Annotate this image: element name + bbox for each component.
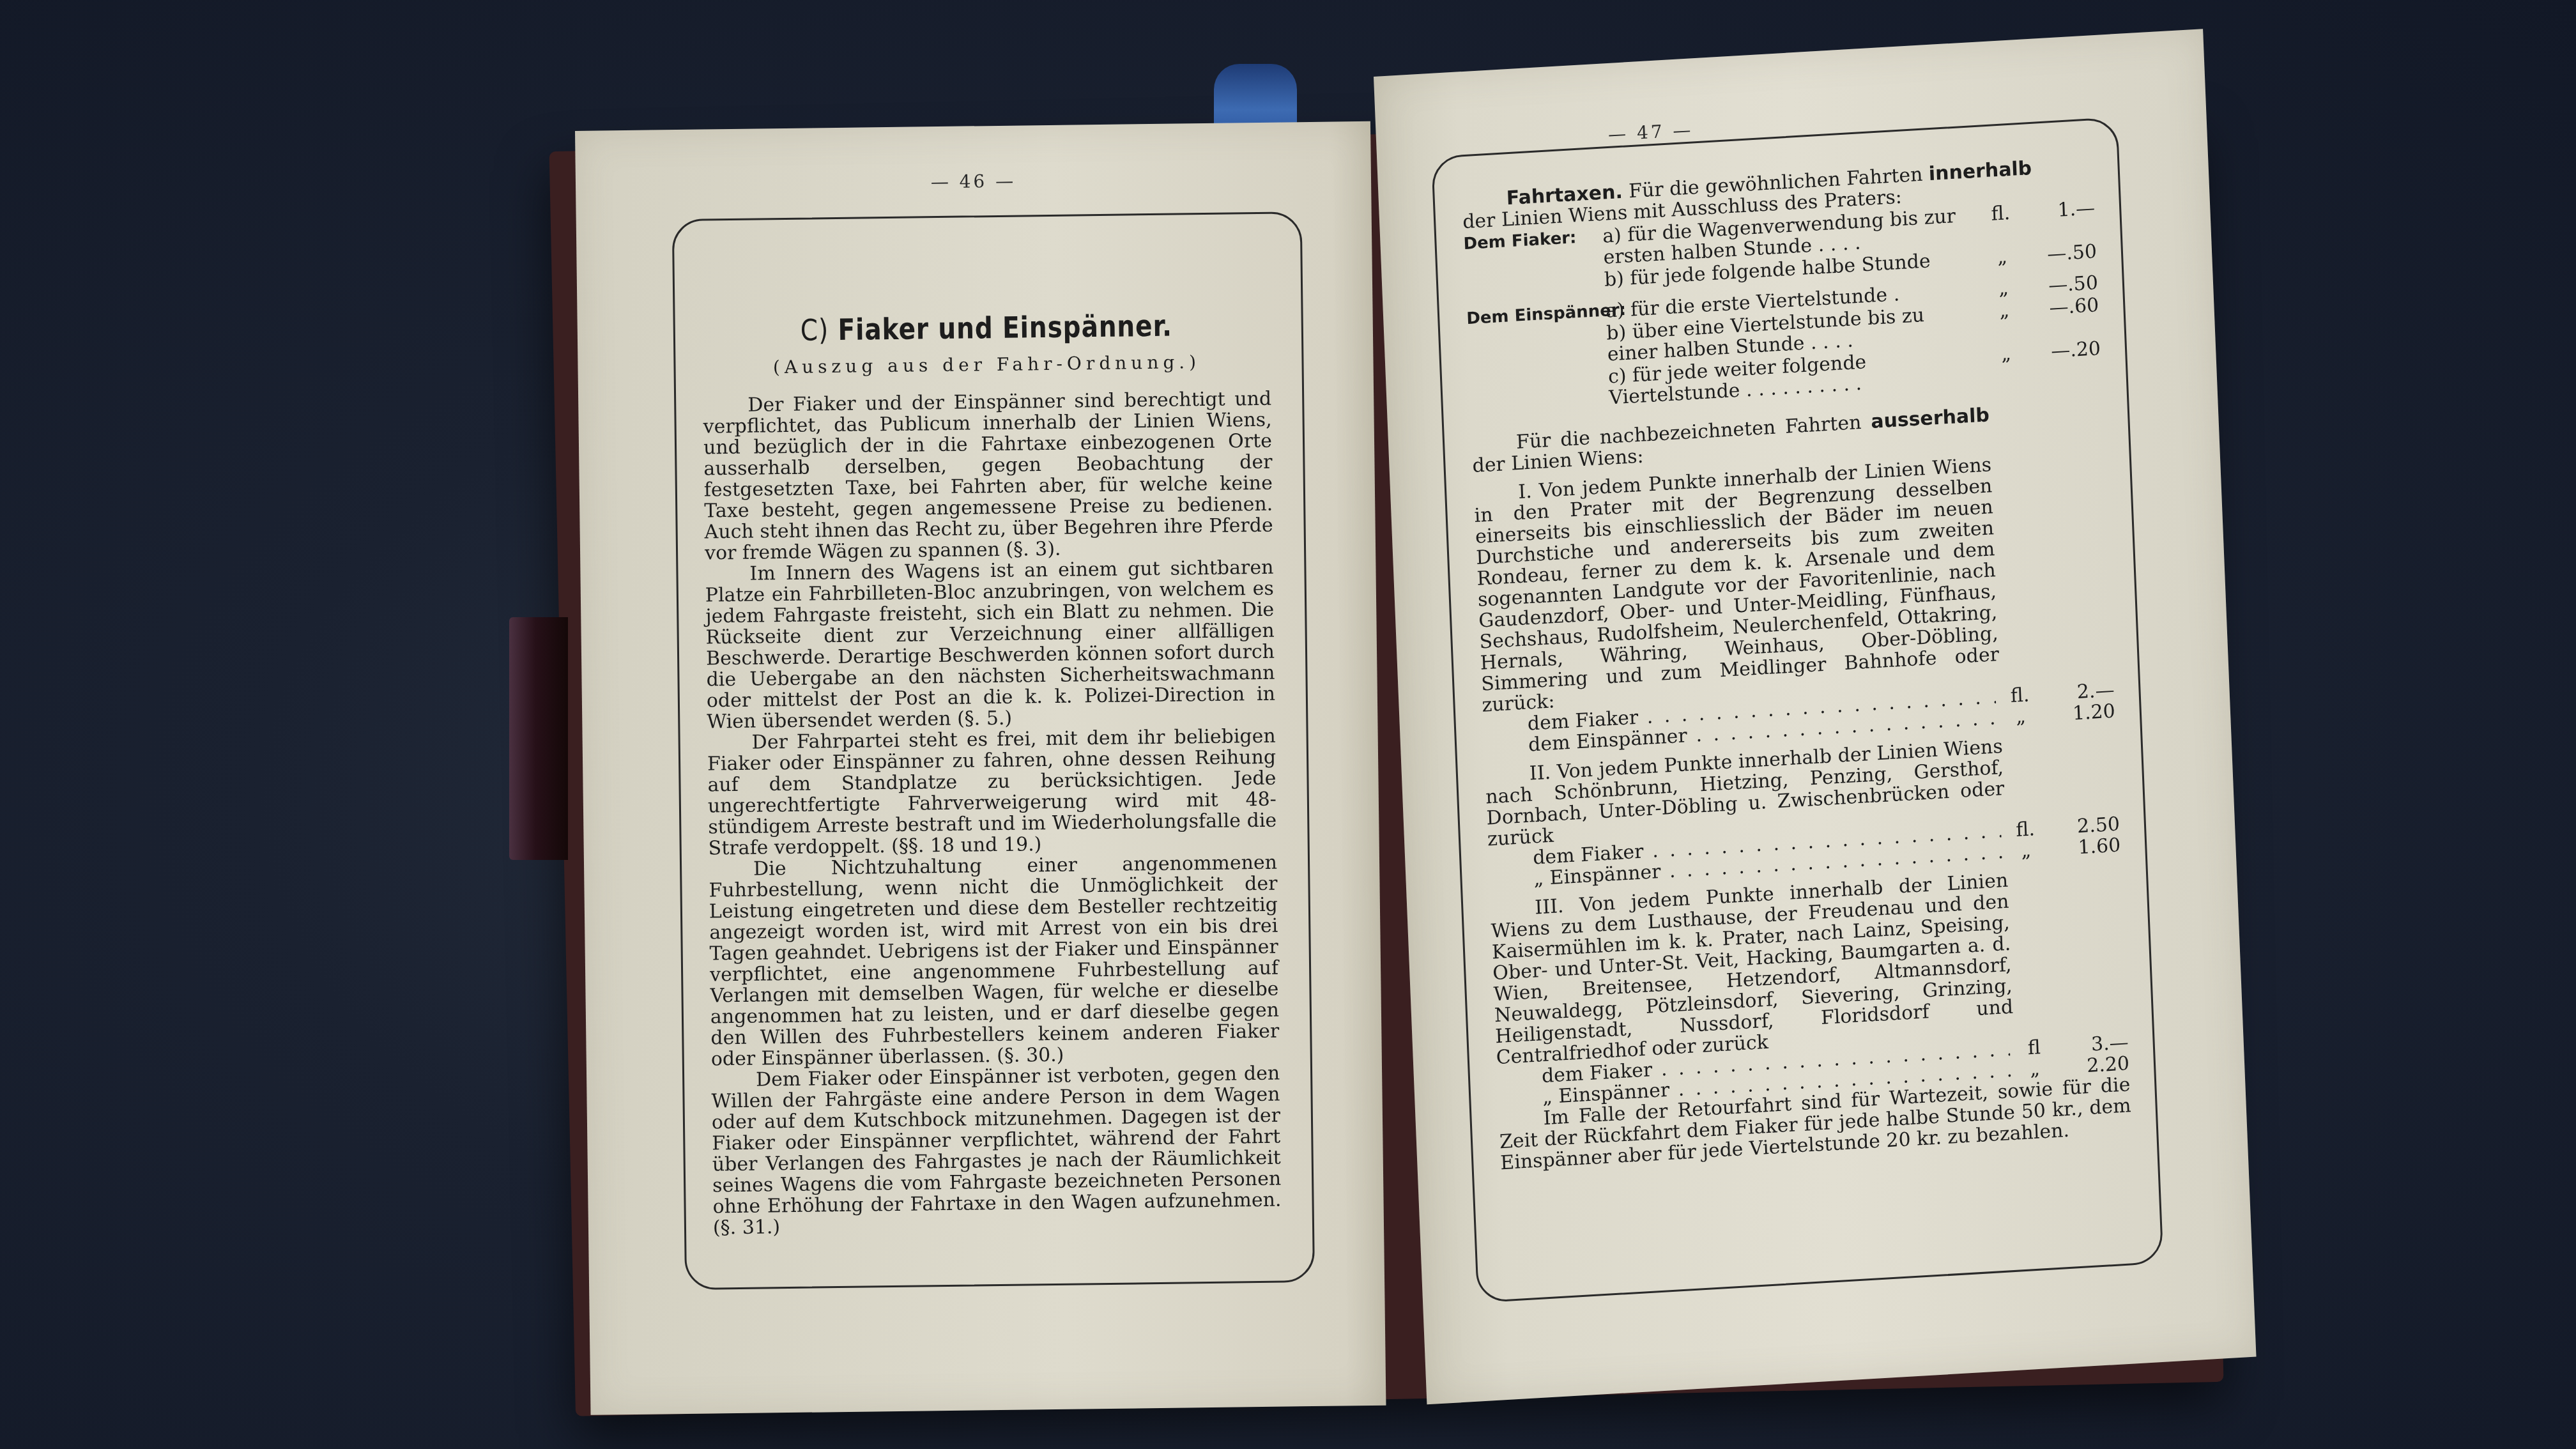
photo-scene: — 46 — C) Fiaker und Einspänner. (Auszug… xyxy=(0,0,2576,1449)
book-clasp-tab xyxy=(509,617,568,860)
right-page: — 47 — Fahrtaxen. Für die gewöhnlichen F… xyxy=(1374,29,2257,1404)
left-page-text: C) Fiaker und Einspänner. (Auszug aus de… xyxy=(702,314,1282,1239)
section-subtitle: (Auszug aus der Fahr-Ordnung.) xyxy=(702,351,1271,379)
section-title: C) Fiaker und Einspänner. xyxy=(744,315,1228,342)
paragraph: Im Innern des Wagens ist an einem gut si… xyxy=(705,557,1275,733)
right-page-text: Fahrtaxen. Für die gewöhnlichen Fahrten … xyxy=(1460,137,2132,1174)
paragraph: Der Fahrpartei steht es frei, mit dem ih… xyxy=(707,726,1277,859)
section-title-text: Fiaker und Einspänner. xyxy=(838,309,1172,347)
page-number: — 46 — xyxy=(576,166,1371,197)
paragraph: Dem Fiaker oder Einspänner ist verboten,… xyxy=(711,1063,1282,1239)
zone-text: I. Von jedem Punkte innerhalb der Linien… xyxy=(1473,454,2000,716)
zone-text: III. Von jedem Punkte innerhalb der Lini… xyxy=(1490,870,2014,1069)
paragraph: Der Fiaker und der Einspänner sind berec… xyxy=(703,388,1273,564)
section-letter: C) xyxy=(801,312,829,348)
paragraph: Die Nichtzuhaltung einer angenommenen Fu… xyxy=(709,852,1280,1070)
left-page: — 46 — C) Fiaker und Einspänner. (Auszug… xyxy=(575,121,1386,1415)
